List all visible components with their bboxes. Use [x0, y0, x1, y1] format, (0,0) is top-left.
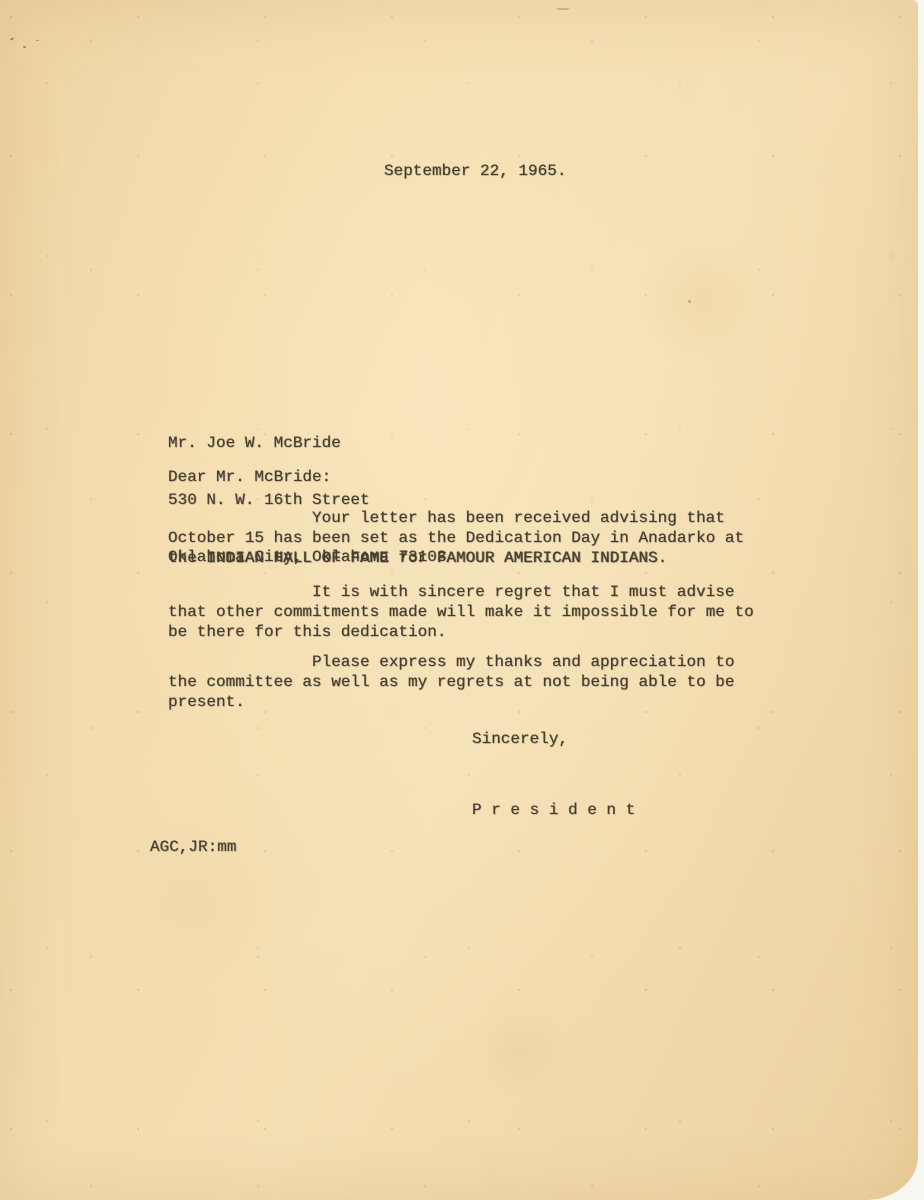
scan-speck [36, 40, 39, 41]
scan-speck [556, 8, 570, 10]
scan-speck [23, 46, 27, 49]
body-paragraph-3: Please express my thanks and appreciatio… [168, 652, 756, 712]
scanned-letter: September 22, 1965. Mr. Joe W. McBride 5… [0, 0, 924, 1200]
recipient-address-block: Mr. Joe W. McBride 530 N. W. 16th Street… [168, 396, 446, 605]
reference-initials: AGC,JR:mm [150, 838, 236, 856]
recipient-name: Mr. Joe W. McBride [168, 434, 446, 453]
scan-speck [688, 300, 691, 303]
paragraph-text: . [658, 549, 668, 567]
complimentary-closing: Sincerely, [472, 730, 568, 748]
scan-speck [10, 37, 14, 41]
letter-paper: September 22, 1965. Mr. Joe W. McBride 5… [0, 0, 918, 1200]
body-paragraph-2: It is with sincere regret that I must ad… [168, 582, 756, 642]
signature-title: P r e s i d e n t [472, 801, 635, 819]
paragraph-text: for [389, 549, 437, 567]
letter-date: September 22, 1965. [384, 162, 566, 180]
salutation: Dear Mr. McBride: [168, 468, 331, 486]
body-paragraph-1: Your letter has been received advising t… [168, 508, 756, 568]
emphasized-caps: FAMOUR AMERICAN INDIANS [437, 549, 658, 567]
emphasized-caps: INDIAN HALL OF FAME [206, 549, 388, 567]
